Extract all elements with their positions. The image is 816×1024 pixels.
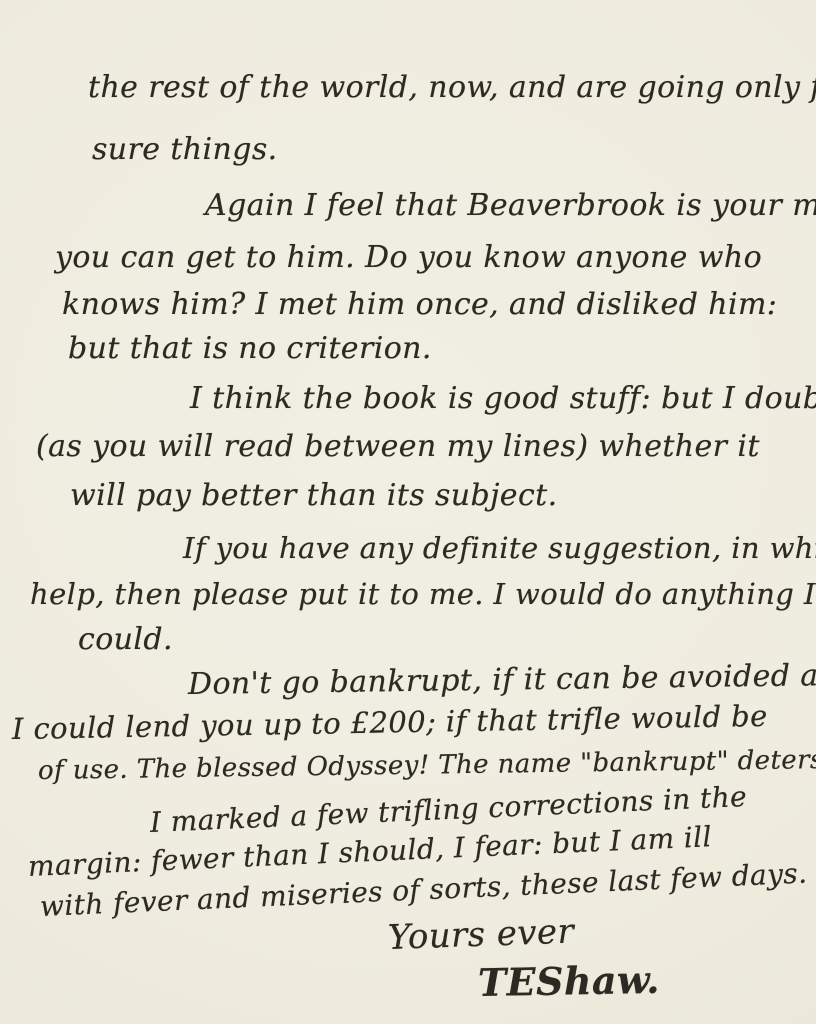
handwritten-line: will pay better than its subject.	[70, 478, 558, 513]
handwritten-line: the rest of the world, now, and are goin…	[88, 70, 816, 105]
handwritten-line: could.	[78, 622, 173, 657]
handwritten-line: but that is no criterion.	[68, 331, 432, 366]
handwritten-line: I could lend you up to £200; if that tri…	[12, 699, 768, 746]
letter-page: the rest of the world, now, and are goin…	[0, 0, 816, 1024]
handwritten-line: help, then please put it to me. I would …	[30, 577, 816, 611]
handwritten-line: of use. The blessed Odyssey! The name "b…	[38, 744, 816, 786]
handwritten-line: I think the book is good stuff: but I do…	[190, 381, 816, 416]
signature: TEShaw.	[478, 957, 661, 1005]
handwritten-line: you can get to him. Do you know anyone w…	[55, 240, 762, 275]
handwritten-line: Again I feel that Beaverbrook is your ma…	[205, 188, 816, 223]
handwritten-line: knows him? I met him once, and disliked …	[62, 287, 777, 322]
handwritten-line: If you have any definite suggestion, in …	[183, 531, 816, 565]
handwritten-line: Don't go bankrupt, if it can be avoided …	[188, 657, 816, 702]
handwritten-line: (as you will read between my lines) whet…	[36, 429, 760, 464]
closing-valediction: Yours ever	[387, 912, 574, 958]
handwritten-line: sure things.	[92, 132, 278, 167]
